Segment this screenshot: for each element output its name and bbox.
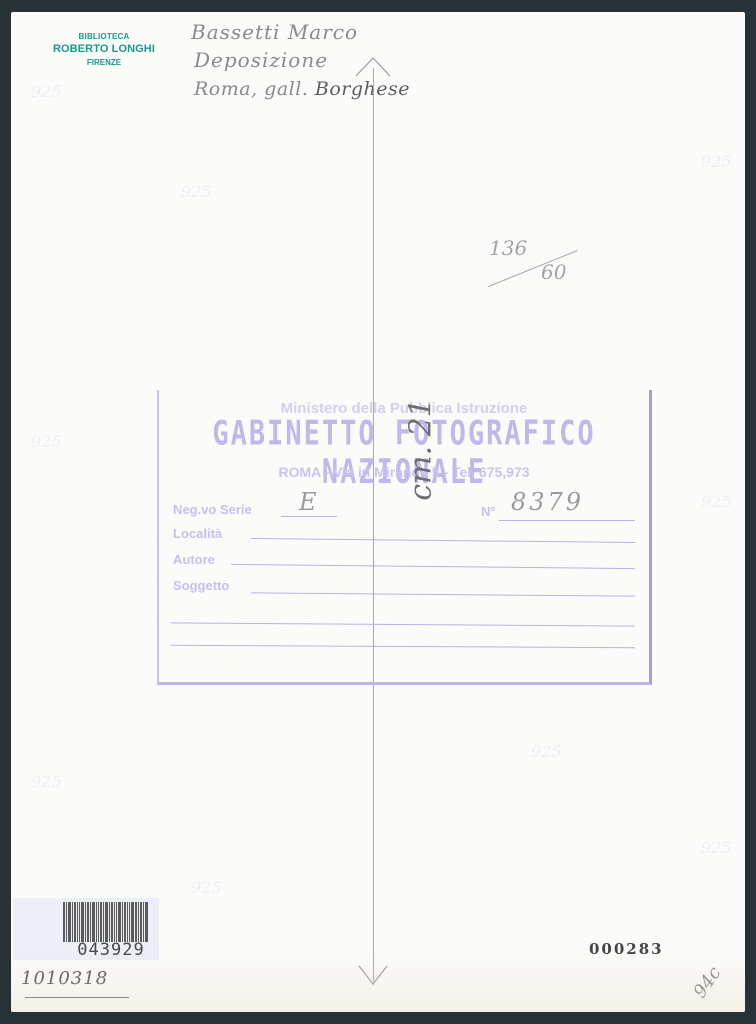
library-stamp: BIBLIOTECA ROBERTO LONGHI FIRENZE [45, 32, 163, 67]
field-rule-localita [251, 538, 635, 543]
field-value-neg-serie: E [299, 488, 317, 516]
bleed-through-mark: 925 [31, 432, 62, 451]
arrow-head-down-icon [355, 962, 391, 991]
barcode-icon [63, 902, 159, 942]
bleed-through-mark: 925 [181, 182, 212, 201]
handwritten-artist: Bassetti Marco [191, 20, 358, 44]
photo-verso-sheet: BIBLIOTECA ROBERTO LONGHI FIRENZE Basset… [11, 12, 745, 1012]
library-stamp-name: ROBERTO LONGHI [45, 43, 163, 55]
stamped-serial-number: 000283 [589, 940, 664, 958]
field-label-soggetto: Soggetto [173, 578, 229, 593]
field-label-numero: N° [481, 504, 496, 519]
bleed-through-mark: 925 [701, 838, 732, 857]
fraction-denominator: 60 [541, 260, 566, 284]
barcode-number: 043929 [63, 940, 159, 960]
inventory-number-underline [25, 997, 129, 998]
handwritten-title: Deposizione [194, 48, 328, 72]
handwritten-size-annotation: cm. 21 [404, 340, 439, 560]
field-rule-blank-2 [171, 645, 635, 648]
library-stamp-line1: BIBLIOTECA [45, 32, 163, 41]
bleed-through-mark: 925 [531, 742, 562, 761]
field-rule-blank-1 [171, 622, 635, 626]
bleed-through-mark: 925 [191, 878, 222, 897]
bleed-through-mark: 925 [701, 492, 732, 511]
field-value-numero: 8379 [511, 488, 584, 516]
handwritten-inventory-number: 1010318 [21, 968, 108, 989]
library-stamp-city: FIRENZE [45, 58, 163, 67]
field-rule-autore [231, 564, 635, 569]
barcode-label: 043929 [13, 898, 159, 960]
arrow-head-up-icon [354, 56, 392, 83]
fraction-numerator: 136 [489, 236, 527, 260]
field-label-autore: Autore [173, 552, 215, 567]
field-label-localita: Località [173, 526, 222, 541]
handwritten-location-prefix: Roma, gall. [194, 78, 308, 100]
bleed-through-mark: 925 [31, 772, 62, 791]
bleed-through-mark: 925 [31, 82, 62, 101]
handwritten-corner-mark: 94c [689, 963, 725, 1002]
field-rule-neg-serie [281, 516, 337, 517]
field-label-neg-serie: Neg.vo Serie [173, 502, 252, 517]
field-rule-numero [499, 520, 635, 521]
bleed-through-mark: 925 [701, 152, 732, 171]
field-rule-soggetto [251, 592, 635, 596]
